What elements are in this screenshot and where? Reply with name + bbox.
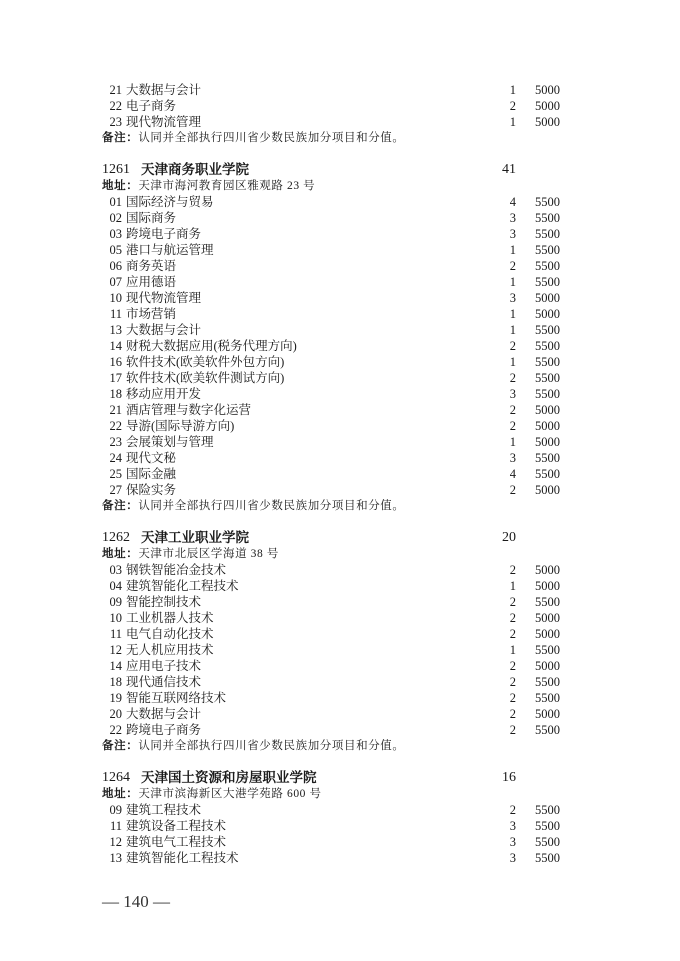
major-fee: 5000 — [535, 482, 560, 498]
school-total: 16 — [496, 768, 516, 788]
major-code: 18 — [104, 674, 122, 690]
major-row: 23会展策划与管理15000 — [0, 434, 680, 450]
major-row: 02国际商务35500 — [0, 210, 680, 226]
major-fee: 5500 — [535, 450, 560, 466]
major-count: 2 — [496, 706, 516, 722]
major-count: 1 — [496, 274, 516, 290]
major-name: 建筑工程技术 — [126, 802, 201, 818]
major-code: 14 — [104, 658, 122, 674]
major-count: 1 — [496, 354, 516, 370]
major-row: 18现代通信技术25500 — [0, 674, 680, 690]
major-fee: 5500 — [535, 834, 560, 850]
major-row: 03跨境电子商务35500 — [0, 226, 680, 242]
major-code: 17 — [104, 370, 122, 386]
major-count: 2 — [496, 594, 516, 610]
note-label: 备注： — [102, 740, 138, 752]
major-row: 16软件技术(欧美软件外包方向)15500 — [0, 354, 680, 370]
school-id: 1264 — [102, 768, 130, 788]
major-code: 09 — [104, 594, 122, 610]
school-name: 天津国土资源和房屋职业学院 — [141, 768, 317, 788]
school-total: 20 — [496, 528, 516, 548]
major-row: 11市场营销15000 — [0, 306, 680, 322]
major-count: 4 — [496, 466, 516, 482]
major-count: 4 — [496, 194, 516, 210]
major-name: 智能互联网络技术 — [126, 690, 226, 706]
major-row: 11建筑设备工程技术35500 — [0, 818, 680, 834]
major-count: 2 — [496, 98, 516, 114]
major-code: 09 — [104, 802, 122, 818]
major-name: 国际商务 — [126, 210, 176, 226]
major-count: 2 — [496, 626, 516, 642]
major-fee: 5500 — [535, 274, 560, 290]
major-fee: 5000 — [535, 402, 560, 418]
major-count: 3 — [496, 450, 516, 466]
major-name: 导游(国际导游方向) — [126, 418, 234, 434]
major-fee: 5500 — [535, 594, 560, 610]
major-fee: 5500 — [535, 818, 560, 834]
major-row: 03钢铁智能冶金技术25000 — [0, 562, 680, 578]
major-name: 国际经济与贸易 — [126, 194, 214, 210]
note-label: 备注： — [102, 500, 138, 512]
major-row: 13大数据与会计15500 — [0, 322, 680, 338]
major-code: 03 — [104, 226, 122, 242]
major-row: 17软件技术(欧美软件测试方向)25500 — [0, 370, 680, 386]
major-fee: 5500 — [535, 210, 560, 226]
major-code: 25 — [104, 466, 122, 482]
note-label: 备注： — [102, 132, 138, 144]
major-code: 18 — [104, 386, 122, 402]
major-count: 2 — [496, 482, 516, 498]
major-name: 应用德语 — [126, 274, 176, 290]
document-page: 21 大数据与会计 1 5000 22 电子商务 2 5000 23 现代物流管… — [0, 0, 680, 961]
major-count: 2 — [496, 258, 516, 274]
major-row: 10现代物流管理35000 — [0, 290, 680, 306]
major-name: 跨境电子商务 — [126, 722, 201, 738]
major-row: 22 电子商务 2 5000 — [0, 98, 680, 114]
major-name: 电子商务 — [126, 98, 176, 114]
major-name: 现代文秘 — [126, 450, 176, 466]
major-row: 09智能控制技术25500 — [0, 594, 680, 610]
major-name: 保险实务 — [126, 482, 176, 498]
major-row: 09建筑工程技术25500 — [0, 802, 680, 818]
note-text: 认同并全部执行四川省少数民族加分项目和分值。 — [138, 132, 404, 144]
major-code: 20 — [104, 706, 122, 722]
major-name: 现代物流管理 — [126, 290, 201, 306]
note-text: 认同并全部执行四川省少数民族加分项目和分值。 — [138, 500, 404, 512]
address-label: 地址： — [102, 180, 138, 192]
address-text: 天津市滨海新区大港学苑路 600 号 — [138, 788, 321, 800]
major-count: 2 — [496, 402, 516, 418]
note-text: 认同并全部执行四川省少数民族加分项目和分值。 — [138, 740, 404, 752]
major-count: 2 — [496, 562, 516, 578]
major-fee: 5000 — [535, 82, 560, 98]
major-code: 14 — [104, 338, 122, 354]
major-fee: 5500 — [535, 690, 560, 706]
school-total: 41 — [496, 160, 516, 180]
major-code: 06 — [104, 258, 122, 274]
major-code: 02 — [104, 210, 122, 226]
major-name: 无人机应用技术 — [126, 642, 214, 658]
major-name: 港口与航运管理 — [126, 242, 214, 258]
major-code: 22 — [104, 98, 122, 114]
major-row: 21酒店管理与数字化运营25000 — [0, 402, 680, 418]
major-code: 23 — [104, 434, 122, 450]
major-fee: 5000 — [535, 418, 560, 434]
major-row: 01国际经济与贸易45500 — [0, 194, 680, 210]
major-count: 3 — [496, 386, 516, 402]
major-code: 11 — [104, 818, 122, 834]
major-name: 大数据与会计 — [126, 82, 201, 98]
major-fee: 5500 — [535, 466, 560, 482]
address-text: 天津市海河教育园区雅观路 23 号 — [138, 180, 315, 192]
major-row: 23 现代物流管理 1 5000 — [0, 114, 680, 130]
major-fee: 5500 — [535, 322, 560, 338]
major-row: 12无人机应用技术15500 — [0, 642, 680, 658]
major-name: 现代通信技术 — [126, 674, 201, 690]
address-row: 地址：天津市滨海新区大港学苑路 600 号 — [0, 786, 680, 802]
major-code: 01 — [104, 194, 122, 210]
major-code: 11 — [104, 306, 122, 322]
school-name: 天津商务职业学院 — [141, 160, 249, 180]
major-code: 21 — [104, 402, 122, 418]
major-count: 1 — [496, 642, 516, 658]
major-name: 智能控制技术 — [126, 594, 201, 610]
major-name: 会展策划与管理 — [126, 434, 214, 450]
school-id: 1261 — [102, 160, 130, 180]
major-name: 应用电子技术 — [126, 658, 201, 674]
school-header: 1261 天津商务职业学院 41 — [0, 160, 680, 180]
major-name: 工业机器人技术 — [126, 610, 214, 626]
school-header: 1264 天津国土资源和房屋职业学院 16 — [0, 768, 680, 788]
major-fee: 5500 — [535, 258, 560, 274]
major-fee: 5500 — [535, 338, 560, 354]
address-text: 天津市北辰区学海道 38 号 — [138, 548, 279, 560]
major-count: 1 — [496, 434, 516, 450]
major-name: 软件技术(欧美软件测试方向) — [126, 370, 284, 386]
major-count: 2 — [496, 370, 516, 386]
major-row: 12建筑电气工程技术35500 — [0, 834, 680, 850]
major-count: 2 — [496, 690, 516, 706]
note-row: 备注：认同并全部执行四川省少数民族加分项目和分值。 — [0, 130, 680, 146]
major-name: 建筑电气工程技术 — [126, 834, 226, 850]
major-name: 大数据与会计 — [126, 322, 201, 338]
school-header: 1262 天津工业职业学院 20 — [0, 528, 680, 548]
major-row: 20大数据与会计25000 — [0, 706, 680, 722]
address-label: 地址： — [102, 548, 138, 560]
major-fee: 5500 — [535, 194, 560, 210]
major-fee: 5500 — [535, 674, 560, 690]
major-fee: 5000 — [535, 578, 560, 594]
major-count: 1 — [496, 242, 516, 258]
major-code: 04 — [104, 578, 122, 594]
major-count: 1 — [496, 322, 516, 338]
major-code: 21 — [104, 82, 122, 98]
major-name: 财税大数据应用(税务代理方向) — [126, 338, 297, 354]
major-count: 1 — [496, 82, 516, 98]
major-code: 11 — [104, 626, 122, 642]
major-row: 18移动应用开发35500 — [0, 386, 680, 402]
major-fee: 5000 — [535, 658, 560, 674]
major-name: 电气自动化技术 — [126, 626, 214, 642]
major-row: 11电气自动化技术25000 — [0, 626, 680, 642]
major-row: 07应用德语15500 — [0, 274, 680, 290]
major-row: 06商务英语25500 — [0, 258, 680, 274]
note-row: 备注：认同并全部执行四川省少数民族加分项目和分值。 — [0, 738, 680, 754]
major-fee: 5000 — [535, 610, 560, 626]
major-count: 3 — [496, 290, 516, 306]
major-row: 10工业机器人技术25000 — [0, 610, 680, 626]
major-fee: 5000 — [535, 626, 560, 642]
school-name: 天津工业职业学院 — [141, 528, 249, 548]
address-label: 地址： — [102, 788, 138, 800]
major-code: 16 — [104, 354, 122, 370]
major-name: 酒店管理与数字化运营 — [126, 402, 251, 418]
major-fee: 5500 — [535, 354, 560, 370]
major-code: 23 — [104, 114, 122, 130]
major-code: 10 — [104, 290, 122, 306]
major-count: 3 — [496, 818, 516, 834]
major-fee: 5000 — [535, 114, 560, 130]
major-name: 跨境电子商务 — [126, 226, 201, 242]
major-fee: 5500 — [535, 722, 560, 738]
major-fee: 5500 — [535, 386, 560, 402]
major-code: 05 — [104, 242, 122, 258]
major-name: 商务英语 — [126, 258, 176, 274]
major-row: 04建筑智能化工程技术15000 — [0, 578, 680, 594]
major-fee: 5500 — [535, 226, 560, 242]
major-count: 1 — [496, 578, 516, 594]
major-code: 13 — [104, 850, 122, 866]
major-count: 2 — [496, 338, 516, 354]
note-row: 备注：认同并全部执行四川省少数民族加分项目和分值。 — [0, 498, 680, 514]
major-row: 22导游(国际导游方向)25000 — [0, 418, 680, 434]
major-code: 03 — [104, 562, 122, 578]
major-name: 钢铁智能冶金技术 — [126, 562, 226, 578]
major-fee: 5000 — [535, 434, 560, 450]
major-code: 19 — [104, 690, 122, 706]
major-row: 05港口与航运管理15500 — [0, 242, 680, 258]
major-code: 24 — [104, 450, 122, 466]
major-name: 软件技术(欧美软件外包方向) — [126, 354, 284, 370]
major-count: 3 — [496, 850, 516, 866]
page-number: — 140 — — [102, 890, 170, 914]
major-code: 22 — [104, 418, 122, 434]
major-count: 2 — [496, 610, 516, 626]
major-count: 2 — [496, 802, 516, 818]
major-count: 2 — [496, 418, 516, 434]
major-code: 12 — [104, 642, 122, 658]
major-name: 现代物流管理 — [126, 114, 201, 130]
major-row: 14应用电子技术25000 — [0, 658, 680, 674]
major-fee: 5000 — [535, 706, 560, 722]
school-id: 1262 — [102, 528, 130, 548]
major-code: 07 — [104, 274, 122, 290]
major-code: 22 — [104, 722, 122, 738]
major-fee: 5500 — [535, 370, 560, 386]
address-row: 地址：天津市北辰区学海道 38 号 — [0, 546, 680, 562]
major-count: 1 — [496, 114, 516, 130]
major-row: 24现代文秘35500 — [0, 450, 680, 466]
major-fee: 5500 — [535, 802, 560, 818]
major-name: 建筑设备工程技术 — [126, 818, 226, 834]
major-fee: 5500 — [535, 242, 560, 258]
major-name: 移动应用开发 — [126, 386, 201, 402]
major-row: 22跨境电子商务25500 — [0, 722, 680, 738]
major-count: 2 — [496, 722, 516, 738]
address-row: 地址：天津市海河教育园区雅观路 23 号 — [0, 178, 680, 194]
major-name: 建筑智能化工程技术 — [126, 578, 239, 594]
major-fee: 5000 — [535, 306, 560, 322]
major-fee: 5500 — [535, 642, 560, 658]
major-count: 1 — [496, 306, 516, 322]
major-row: 25国际金融45500 — [0, 466, 680, 482]
major-code: 13 — [104, 322, 122, 338]
major-count: 3 — [496, 834, 516, 850]
major-code: 10 — [104, 610, 122, 626]
major-row: 21 大数据与会计 1 5000 — [0, 82, 680, 98]
major-code: 27 — [104, 482, 122, 498]
major-name: 建筑智能化工程技术 — [126, 850, 239, 866]
major-count: 2 — [496, 674, 516, 690]
major-name: 大数据与会计 — [126, 706, 201, 722]
major-row: 14财税大数据应用(税务代理方向)25500 — [0, 338, 680, 354]
major-fee: 5500 — [535, 850, 560, 866]
major-name: 市场营销 — [126, 306, 176, 322]
major-fee: 5000 — [535, 290, 560, 306]
major-row: 27保险实务25000 — [0, 482, 680, 498]
major-row: 19智能互联网络技术25500 — [0, 690, 680, 706]
major-fee: 5000 — [535, 562, 560, 578]
major-row: 13建筑智能化工程技术35500 — [0, 850, 680, 866]
major-count: 3 — [496, 210, 516, 226]
major-code: 12 — [104, 834, 122, 850]
major-count: 3 — [496, 226, 516, 242]
major-name: 国际金融 — [126, 466, 176, 482]
major-fee: 5000 — [535, 98, 560, 114]
major-count: 2 — [496, 658, 516, 674]
